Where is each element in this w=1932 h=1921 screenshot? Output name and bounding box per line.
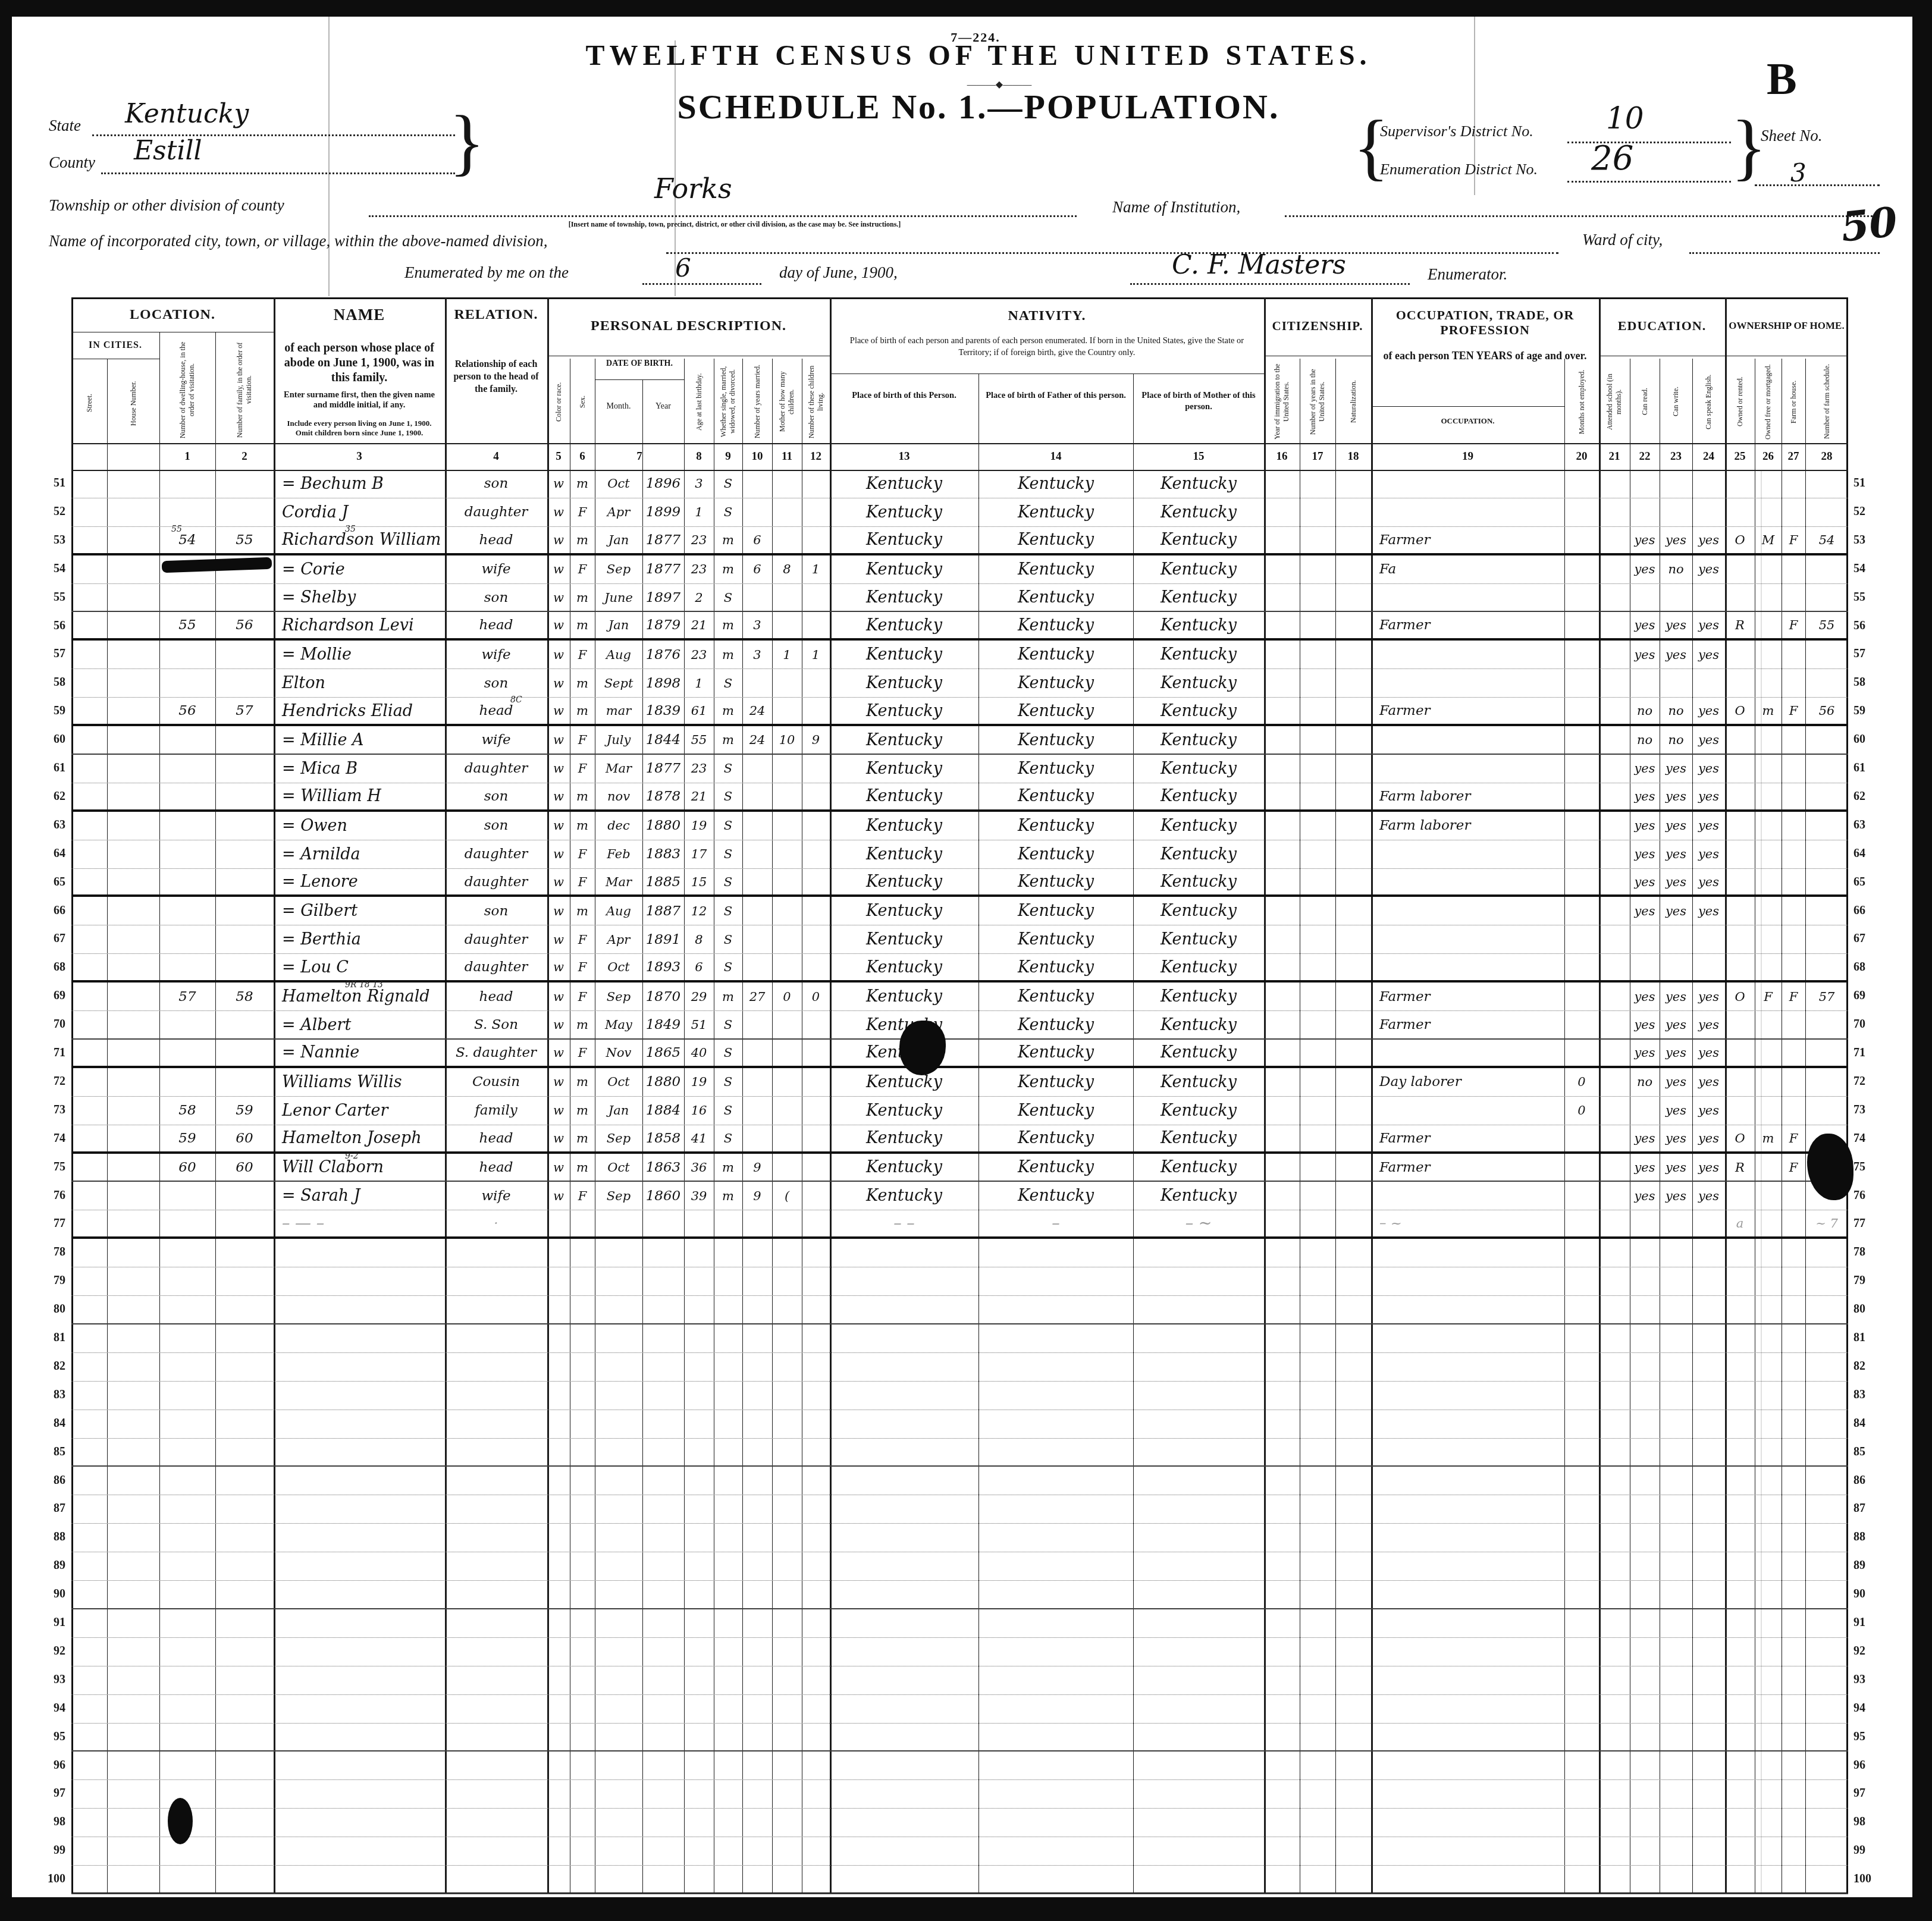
line-number-left: 56 [30,619,65,633]
cell-age: 1 [684,498,714,526]
cell-year: 1897 [642,584,684,611]
cell-age: 29 [684,983,714,1010]
cell-color: w [547,783,570,809]
line-number-left: 85 [30,1445,65,1459]
line-number-left: 90 [30,1587,65,1601]
cell-age: 3 [684,470,714,498]
cell-pb: – – [830,1210,978,1236]
cell-speak: yes [1692,1011,1725,1038]
column-number-10: 10 [742,445,772,469]
cell-occ: Farmer [1371,1154,1564,1181]
sheet-line [1755,184,1880,186]
paper-sheet: 7—224. TWELFTH CENSUS OF THE UNITED STAT… [12,17,1912,1897]
line-number-right: 93 [1853,1673,1887,1687]
cell-sex: m [570,897,595,925]
line-number-left: 51 [30,476,65,490]
line-number-left: 89 [30,1559,65,1572]
corner-letter: B [1767,54,1797,105]
cell-relation: daughter [445,498,547,526]
line-number-left: 97 [30,1787,65,1800]
table-row: = AlbertS. SonwmMay184951SKentuckyKentuc… [71,1011,1848,1040]
cell-relation: family [445,1097,547,1125]
cell-pf: Kentucky [978,1011,1133,1038]
cell-sched: 55 [1805,613,1848,639]
column-label-school: Attended school (in months). [1600,361,1629,442]
cell-speak: yes [1692,869,1725,895]
column-label-speak: Can speak English. [1693,361,1724,442]
cell-name: = Corie [274,555,445,583]
table-row: 5960Hamelton JosephheadwmSep185841SKentu… [71,1125,1848,1154]
city-label: Name of incorporated city, town, or vill… [49,232,547,250]
line-number-right: 51 [1853,476,1887,490]
line-number-right: 52 [1853,505,1887,519]
table-row: 5657Hendricks Eliadheadwmmar183961m24Ken… [71,698,1848,726]
line-number-right: 71 [1853,1046,1887,1060]
cell-mother: ( [772,1182,802,1210]
cell-month: Jan [595,1097,642,1125]
column-number-15: 15 [1133,445,1264,469]
cell-name: Hamelton Joseph [274,1125,445,1151]
cell-name: Richardson Levi [274,613,445,639]
cell-pf: Kentucky [978,527,1133,553]
cell-occ: Day laborer [1371,1068,1564,1096]
table-row [71,1609,1848,1638]
cell-relation: head [445,983,547,1010]
column-number-7: 7 [595,445,684,469]
cell-relation: son [445,669,547,697]
cell-year: 1887 [642,897,684,925]
cell-pb: Kentucky [830,925,978,953]
table-row: = GilbertsonwmAug188712SKentuckyKentucky… [71,897,1848,926]
line-number-right: 90 [1853,1587,1887,1601]
state-label: State [49,117,81,135]
cell-pm: Kentucky [1133,584,1264,611]
cell-family: 56 [215,613,274,639]
cell-color: w [547,527,570,553]
cell-farm: F [1782,1125,1805,1151]
cell-pm: Kentucky [1133,1040,1264,1066]
cell-month: Nov [595,1040,642,1066]
cell-sex: m [570,812,595,840]
cell-name: = Shelby [274,584,445,611]
cell-color: w [547,1125,570,1151]
cell-read: yes [1630,555,1660,583]
cell-sex: F [570,1040,595,1066]
cell-read: yes [1630,641,1660,668]
cell-months: 0 [1564,1068,1599,1096]
cell-mort: M [1755,527,1782,553]
occupation-col-label: OCCUPATION. [1374,416,1561,426]
cell-relation: · [445,1210,547,1236]
cell-relation: daughter [445,925,547,953]
table-row [71,1267,1848,1296]
cell-pf: Kentucky [978,783,1133,809]
cell-mother: 8 [772,555,802,583]
line-number-left: 62 [30,790,65,803]
line-number-right: 75 [1853,1160,1887,1174]
table-row: = Millie AwifewFJuly184455m24109Kentucky… [71,726,1848,755]
cell-month: Mar [595,755,642,783]
page-title: TWELFTH CENSUS OF THE UNITED STATES. [428,39,1529,72]
cell-marital: m [714,613,742,639]
nativity-note: Place of birth of each person and parent… [839,335,1255,359]
cell-name: = Millie A [274,726,445,754]
cell-age: 6 [684,954,714,980]
line-number-right: 74 [1853,1132,1887,1145]
cell-occ: Farm laborer [1371,812,1564,840]
cell-pm: – ~ [1133,1210,1264,1236]
cell-read: yes [1630,897,1660,925]
table-row: Cordia JdaughterwFApr18991SKentuckyKentu… [71,498,1848,527]
line-number-left: 88 [30,1530,65,1544]
relation-desc: Relationship of each person to the head … [450,359,542,395]
cell-marital: S [714,897,742,925]
cell-age: 55 [684,726,714,754]
cell-relation: daughter [445,869,547,895]
name-desc-1: of each person whose place of abode on J… [278,341,440,385]
cell-write: yes [1660,755,1692,783]
cell-read: yes [1630,527,1660,553]
cell-write: yes [1660,1154,1692,1181]
cell-occ: Farmer [1371,1011,1564,1038]
cell-write: yes [1660,1097,1692,1125]
cell-color: w [547,869,570,895]
table-row [71,1780,1848,1809]
cell-speak: yes [1692,1097,1725,1125]
cell-write: yes [1660,641,1692,668]
column-label-write: Can write. [1661,361,1691,442]
table-row [71,1552,1848,1581]
cell-year: 1865 [642,1040,684,1066]
cell-write: yes [1660,1125,1692,1151]
cell-age: 8 [684,925,714,953]
cell-color: w [547,897,570,925]
cell-year: 1891 [642,925,684,953]
line-number-left: 80 [30,1302,65,1316]
table-row [71,1382,1848,1410]
cell-age: 19 [684,1068,714,1096]
cell-pb: Kentucky [830,470,978,498]
cell-mort: m [1755,698,1782,724]
line-number-right: 68 [1853,960,1887,974]
cell-year: 1899 [642,498,684,526]
table-row [71,1524,1848,1552]
cell-year: 1893 [642,954,684,980]
in-cities-label: IN CITIES. [71,334,159,357]
table-row: = CoriewifewFSep187723m681KentuckyKentuc… [71,555,1848,584]
cell-month: Sep [595,555,642,583]
cell-sched: 57 [1805,983,1848,1010]
cell-color: w [547,1182,570,1210]
dob-title: DATE OF BIRTH. [596,359,683,369]
cell-pm: Kentucky [1133,1125,1264,1151]
supervisor-value: 10 [1606,101,1644,136]
line-number-left: 77 [30,1217,65,1231]
cell-write: yes [1660,840,1692,868]
cell-pf: Kentucky [978,698,1133,724]
column-label-own: Owned or rented. [1726,361,1754,442]
column-number-28: 28 [1805,445,1848,469]
cell-age: 17 [684,840,714,868]
group-personal: PERSONAL DESCRIPTION. [547,299,830,353]
cell-yrsmar: 27 [742,983,772,1010]
cell-age: 39 [684,1182,714,1210]
line-number-right: 79 [1853,1274,1887,1288]
cell-read: yes [1630,1011,1660,1038]
table-row [71,1239,1848,1267]
cell-color: w [547,555,570,583]
group-citizenship: CITIZENSHIP. [1264,299,1371,353]
group-name: NAME [274,299,445,331]
cell-family: 60 [215,1125,274,1151]
scan-streak-3 [1474,17,1475,195]
cell-pb: Kentucky [830,498,978,526]
cell-pf: Kentucky [978,925,1133,953]
cell-write: yes [1660,1011,1692,1038]
cell-sex: F [570,840,595,868]
cell-sched: ~ 7 [1805,1210,1848,1236]
cell-family: 58 [215,983,274,1010]
cell-write: no [1660,726,1692,754]
line-number-left: 58 [30,676,65,689]
cell-read: no [1630,1068,1660,1096]
table-row [71,1695,1848,1724]
line-number-left: 74 [30,1132,65,1145]
cell-month: dec [595,812,642,840]
annotation-dwelling_note: 55 [171,525,182,534]
cell-pb: Kentucky [830,755,978,783]
cell-pf: Kentucky [978,1068,1133,1096]
cell-occ: Farmer [1371,1125,1564,1151]
cell-marital: m [714,726,742,754]
column-number-16: 16 [1264,445,1300,469]
cell-month: Mar [595,869,642,895]
cell-pb: Kentucky [830,555,978,583]
cell-relation: son [445,897,547,925]
cell-dwelling: 57 [159,983,215,1010]
line-number-right: 65 [1853,875,1887,889]
cell-month: Jan [595,613,642,639]
cell-living: 1 [802,555,830,583]
cell-month: Sep [595,983,642,1010]
column-number-26: 26 [1755,445,1782,469]
cell-pm: Kentucky [1133,1068,1264,1096]
cell-living: 1 [802,641,830,668]
column-number-14: 14 [978,445,1133,469]
cell-occ: Farmer [1371,527,1564,553]
grid-hline [1264,356,1371,356]
cell-pm: Kentucky [1133,1097,1264,1125]
institution-line [1285,215,1880,217]
cell-age: 21 [684,613,714,639]
cell-read: yes [1630,840,1660,868]
cell-name: = Gilbert [274,897,445,925]
cell-mother: 10 [772,726,802,754]
cell-month: Oct [595,1068,642,1096]
cell-pm: Kentucky [1133,698,1264,724]
cell-mother: 1 [772,641,802,668]
line-number-left: 91 [30,1616,65,1630]
cell-name: = Sarah J [274,1182,445,1210]
cell-own: O [1725,983,1755,1010]
table-row: Williams WillisCousinwmOct188019SKentuck… [71,1068,1848,1097]
line-number-right: 89 [1853,1559,1887,1572]
cell-speak: yes [1692,1125,1725,1151]
cell-color: w [547,925,570,953]
line-number-left: 53 [30,533,65,547]
cell-pb: Kentucky [830,840,978,868]
cell-name: = Lenore [274,869,445,895]
census-scan-page: 7—224. TWELFTH CENSUS OF THE UNITED STAT… [0,0,1932,1921]
cell-pf: Kentucky [978,812,1133,840]
table-row [71,1296,1848,1324]
cell-month: Sept [595,669,642,697]
cell-year: 1876 [642,641,684,668]
scan-streak-2 [675,40,676,296]
line-number-left: 76 [30,1189,65,1203]
table-row: = Mica BdaughterwFMar187723SKentuckyKent… [71,755,1848,783]
cell-pb: Kentucky [830,698,978,724]
cell-pf: Kentucky [978,470,1133,498]
cell-pb: Kentucky [830,613,978,639]
line-number-left: 59 [30,704,65,718]
line-number-right: 53 [1853,533,1887,547]
line-number-right: 54 [1853,562,1887,576]
cell-marital: m [714,641,742,668]
cell-age: 36 [684,1154,714,1181]
line-number-left: 70 [30,1018,65,1031]
cell-name: = William H [274,783,445,809]
township-note: [Insert name of township, town, precinct… [393,220,1077,229]
cell-occ: Fa [1371,555,1564,583]
cell-occ: Farm laborer [1371,783,1564,809]
table-row [71,1410,1848,1439]
cell-write: yes [1660,783,1692,809]
sheet-value: 3 [1790,158,1806,187]
pob-person-label: Place of birth of this Person. [836,390,973,401]
cell-pf: Kentucky [978,555,1133,583]
cell-month: Oct [595,1154,642,1181]
cell-pb: Kentucky [830,1068,978,1096]
cell-pm: Kentucky [1133,726,1264,754]
cell-color: w [547,498,570,526]
table-row [71,1581,1848,1609]
cell-marital: S [714,869,742,895]
scan-streak-4 [1761,470,1762,1894]
cell-living: 9 [802,726,830,754]
line-number-right: 100 [1853,1872,1887,1886]
line-number-right: 87 [1853,1502,1887,1515]
cell-year: 1863 [642,1154,684,1181]
line-number-left: 52 [30,505,65,519]
cell-sex: m [570,527,595,553]
cell-name: = Albert [274,1011,445,1038]
cell-color: w [547,669,570,697]
cell-pm: Kentucky [1133,783,1264,809]
cell-sex: F [570,498,595,526]
cell-occ: – ~ [1371,1210,1564,1236]
cell-year: 1860 [642,1182,684,1210]
cell-month: Apr [595,498,642,526]
table-row: = Owensonwmdec188019SKentuckyKentuckyKen… [71,812,1848,840]
cell-pb: Kentucky [830,1182,978,1210]
line-number-left: 84 [30,1417,65,1430]
column-label-mother: Mother of how many children. [773,361,801,442]
cell-age: 40 [684,1040,714,1066]
table-row: = Sarah JwifewFSep186039m9(KentuckyKentu… [71,1182,1848,1211]
line-number-right: 70 [1853,1018,1887,1031]
cell-month: May [595,1011,642,1038]
cell-pb: Kentucky [830,1154,978,1181]
cell-pf: Kentucky [978,726,1133,754]
line-number-right: 58 [1853,676,1887,689]
township-value: Forks [654,172,732,205]
line-number-left: 95 [30,1730,65,1744]
cell-yrsmar: 24 [742,698,772,724]
cell-pm: Kentucky [1133,983,1264,1010]
cell-name: Elton [274,669,445,697]
cell-sex: m [570,669,595,697]
cell-farm: F [1782,527,1805,553]
cell-pm: Kentucky [1133,613,1264,639]
column-label-family: Number of family, in the order of visita… [217,337,272,442]
cell-year: 1858 [642,1125,684,1151]
enumeration-value: 26 [1591,139,1633,178]
cell-color: w [547,698,570,724]
cell-color: w [547,470,570,498]
dob-month-label: Month. [596,402,641,412]
cell-read: yes [1630,812,1660,840]
group-education: EDUCATION. [1599,299,1725,353]
enumerated-day: 6 [675,253,691,282]
cell-relation: daughter [445,755,547,783]
cell-pf: Kentucky [978,755,1133,783]
line-number-right: 95 [1853,1730,1887,1744]
grid-hline [830,373,1264,374]
cell-speak: yes [1692,698,1725,724]
column-number-11: 11 [772,445,802,469]
cell-year: 1877 [642,755,684,783]
line-number-right: 59 [1853,704,1887,718]
cell-sex: m [570,1068,595,1096]
cell-relation: daughter [445,954,547,980]
annotation-name_note: 9-2 [345,1151,359,1161]
cell-marital: m [714,983,742,1010]
cell-color: w [547,641,570,668]
line-number-right: 81 [1853,1331,1887,1345]
line-number-right: 91 [1853,1616,1887,1630]
line-number-right: 92 [1853,1644,1887,1658]
cell-own: R [1725,613,1755,639]
line-number-left: 94 [30,1702,65,1715]
cell-months: 0 [1564,1097,1599,1125]
township-line [369,215,1077,217]
cell-age: 12 [684,897,714,925]
cell-name: Lenor Carter [274,1097,445,1125]
cell-sex: F [570,555,595,583]
line-number-left: 81 [30,1331,65,1345]
cell-sched: 54 [1805,527,1848,553]
line-number-left: 82 [30,1360,65,1373]
cell-color: w [547,1097,570,1125]
cell-month: July [595,726,642,754]
enumeration-line [1567,181,1731,183]
column-number-6: 6 [570,445,595,469]
ward-label: Ward of city, [1582,231,1663,249]
line-number-right: 97 [1853,1787,1887,1800]
enumerated-day-line [642,283,761,285]
line-number-left: 96 [30,1759,65,1772]
